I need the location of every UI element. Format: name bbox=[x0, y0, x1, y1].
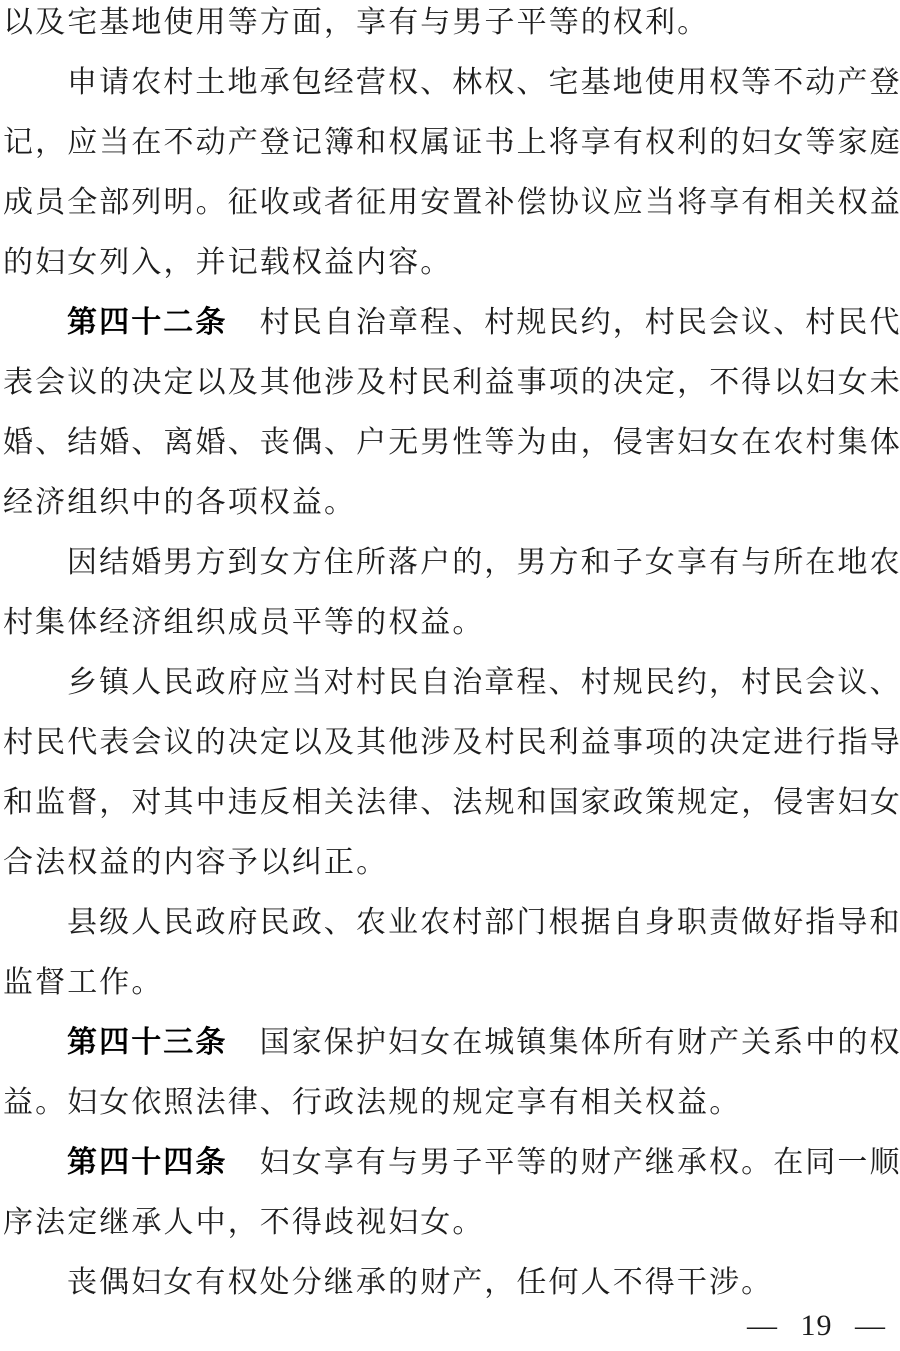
text-segment: 序法定继承人中，不得歧视妇女。 bbox=[3, 1206, 485, 1239]
page-number: — 19 — bbox=[747, 1303, 886, 1349]
text-line: 村集体经济组织成员平等的权益。 bbox=[0, 593, 900, 653]
text-line: 合法权益的内容予以纠正。 bbox=[0, 833, 900, 893]
text-segment: 妇女享有与男子平等的财产继承权。在同一顺 bbox=[228, 1146, 900, 1179]
text-segment: 申请农村土地承包经营权、林权、宅基地使用权等不动产登 bbox=[67, 66, 900, 99]
text-line: 第四十四条 妇女享有与男子平等的财产继承权。在同一顺 bbox=[0, 1133, 900, 1193]
text-segment: 表会议的决定以及其他涉及村民利益事项的决定，不得以妇女未 bbox=[3, 366, 900, 399]
text-line: 成员全部列明。征收或者征用安置补偿协议应当将享有相关权益 bbox=[0, 173, 900, 233]
text-line: 乡镇人民政府应当对村民自治章程、村规民约，村民会议、 bbox=[0, 653, 900, 713]
text-segment: 村民自治章程、村规民约，村民会议、村民代 bbox=[228, 306, 900, 339]
text-segment: 记，应当在不动产登记簿和权属证书上将享有权利的妇女等家庭 bbox=[3, 126, 900, 159]
document-text-block: 以及宅基地使用等方面，享有与男子平等的权利。申请农村土地承包经营权、林权、宅基地… bbox=[0, 0, 900, 1313]
text-segment: 益。妇女依照法律、行政法规的规定享有相关权益。 bbox=[3, 1086, 741, 1119]
document-page: 以及宅基地使用等方面，享有与男子平等的权利。申请农村土地承包经营权、林权、宅基地… bbox=[0, 0, 900, 1351]
text-line: 监督工作。 bbox=[0, 953, 900, 1013]
text-line: 和监督，对其中违反相关法律、法规和国家政策规定，侵害妇女 bbox=[0, 773, 900, 833]
text-segment: 的妇女列入，并记载权益内容。 bbox=[3, 246, 452, 279]
text-line: 序法定继承人中，不得歧视妇女。 bbox=[0, 1193, 900, 1253]
text-segment: 和监督，对其中违反相关法律、法规和国家政策规定，侵害妇女 bbox=[3, 786, 900, 819]
text-segment: 合法权益的内容予以纠正。 bbox=[3, 846, 388, 879]
text-segment: 村民代表会议的决定以及其他涉及村民利益事项的决定进行指导 bbox=[3, 726, 900, 759]
text-line: 因结婚男方到女方住所落户的，男方和子女享有与所在地农 bbox=[0, 533, 900, 593]
text-segment: 国家保护妇女在城镇集体所有财产关系中的权 bbox=[228, 1026, 900, 1059]
text-segment: 婚、结婚、离婚、丧偶、户无男性等为由，侵害妇女在农村集体 bbox=[3, 426, 900, 459]
text-line: 表会议的决定以及其他涉及村民利益事项的决定，不得以妇女未 bbox=[0, 353, 900, 413]
article-number: 第四十三条 bbox=[67, 1026, 228, 1059]
text-segment: 乡镇人民政府应当对村民自治章程、村规民约，村民会议、 bbox=[67, 666, 900, 699]
text-segment: 成员全部列明。征收或者征用安置补偿协议应当将享有相关权益 bbox=[3, 186, 900, 219]
text-line: 第四十二条 村民自治章程、村规民约，村民会议、村民代 bbox=[0, 293, 900, 353]
article-number: 第四十二条 bbox=[67, 306, 228, 339]
article-number: 第四十四条 bbox=[67, 1146, 228, 1179]
text-segment: 经济组织中的各项权益。 bbox=[3, 486, 356, 519]
text-line: 以及宅基地使用等方面，享有与男子平等的权利。 bbox=[0, 0, 900, 53]
text-line: 的妇女列入，并记载权益内容。 bbox=[0, 233, 900, 293]
text-line: 县级人民政府民政、农业农村部门根据自身职责做好指导和 bbox=[0, 893, 900, 953]
text-line: 村民代表会议的决定以及其他涉及村民利益事项的决定进行指导 bbox=[0, 713, 900, 773]
text-line: 经济组织中的各项权益。 bbox=[0, 473, 900, 533]
text-line: 益。妇女依照法律、行政法规的规定享有相关权益。 bbox=[0, 1073, 900, 1133]
text-segment: 村集体经济组织成员平等的权益。 bbox=[3, 606, 485, 639]
text-segment: 县级人民政府民政、农业农村部门根据自身职责做好指导和 bbox=[67, 906, 900, 939]
text-line: 第四十三条 国家保护妇女在城镇集体所有财产关系中的权 bbox=[0, 1013, 900, 1073]
text-segment: 以及宅基地使用等方面，享有与男子平等的权利。 bbox=[3, 6, 709, 39]
text-line: 记，应当在不动产登记簿和权属证书上将享有权利的妇女等家庭 bbox=[0, 113, 900, 173]
text-segment: 因结婚男方到女方住所落户的，男方和子女享有与所在地农 bbox=[67, 546, 900, 579]
text-line: 申请农村土地承包经营权、林权、宅基地使用权等不动产登 bbox=[0, 53, 900, 113]
text-segment: 监督工作。 bbox=[3, 966, 164, 999]
text-segment: 丧偶妇女有权处分继承的财产，任何人不得干涉。 bbox=[67, 1266, 773, 1299]
text-line: 婚、结婚、离婚、丧偶、户无男性等为由，侵害妇女在农村集体 bbox=[0, 413, 900, 473]
